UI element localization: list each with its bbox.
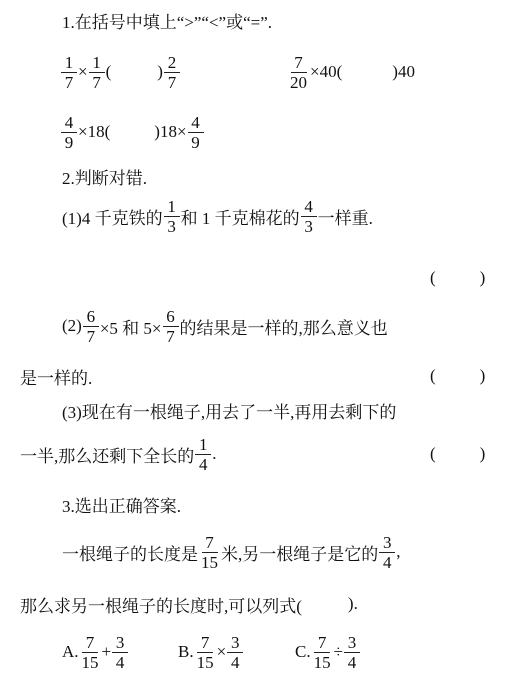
fraction: 67 <box>83 307 99 346</box>
fraction: 43 <box>301 197 317 236</box>
q3-option-a[interactable]: A. 715 + 34 <box>62 628 129 676</box>
fraction: 715 <box>199 533 220 572</box>
q1-item-2: 720 ×40 ( ) 40 <box>287 50 415 94</box>
fraction: 34 <box>227 633 243 672</box>
fraction: 49 <box>188 113 204 152</box>
q2-answer-1[interactable]: () <box>430 258 485 298</box>
fraction: 715 <box>195 633 216 672</box>
fraction: 49 <box>61 113 77 152</box>
fraction: 17 <box>61 53 77 92</box>
q2-title: 2.判断对错. <box>62 156 147 196</box>
fraction: 715 <box>312 633 333 672</box>
q3-option-c[interactable]: C. 715 ÷ 34 <box>295 628 361 676</box>
fraction: 720 <box>288 53 309 92</box>
q2-statement-1: (1)4 千克铁的 13 和 1 千克棉花的 43 一样重. <box>62 194 373 238</box>
q1-title: 1.在括号中填上“>”“<”或“=”. <box>62 0 272 40</box>
fraction: 715 <box>80 633 101 672</box>
fraction: 13 <box>164 197 180 236</box>
fraction: 67 <box>163 307 179 346</box>
q1-item-1: 17 × 17 ( ) 27 <box>60 50 181 94</box>
q3-option-b[interactable]: B. 715 × 34 <box>178 628 244 676</box>
answer-blank-open[interactable]: ( <box>106 62 112 82</box>
fraction: 34 <box>379 533 395 572</box>
q2-statement-3-cont: 一半,那么还剩下全长的 14 . <box>20 432 217 476</box>
fraction: 34 <box>112 633 128 672</box>
fraction: 34 <box>344 633 360 672</box>
fraction: 17 <box>89 53 105 92</box>
q2-answer-2[interactable]: () <box>430 356 485 396</box>
q1-item-3: 49 ×18 ( ) 18× 49 <box>60 110 205 154</box>
fraction: 14 <box>195 435 211 474</box>
q2-answer-3[interactable]: () <box>430 434 485 474</box>
q3-stem-cont: 那么求另一根绳子的长度时,可以列式( ). <box>20 584 358 624</box>
q2-statement-3: (3)现在有一根绳子,用去了一半,再用去剩下的 <box>62 390 396 430</box>
fraction: 27 <box>164 53 180 92</box>
q3-title: 3.选出正确答案. <box>62 484 181 524</box>
q2-statement-2: (2) 67 ×5 和 5× 67 的结果是一样的,那么意义也 <box>62 304 388 348</box>
q3-stem: 一根绳子的长度是 715 米,另一根绳子是它的 34 , <box>62 530 401 574</box>
